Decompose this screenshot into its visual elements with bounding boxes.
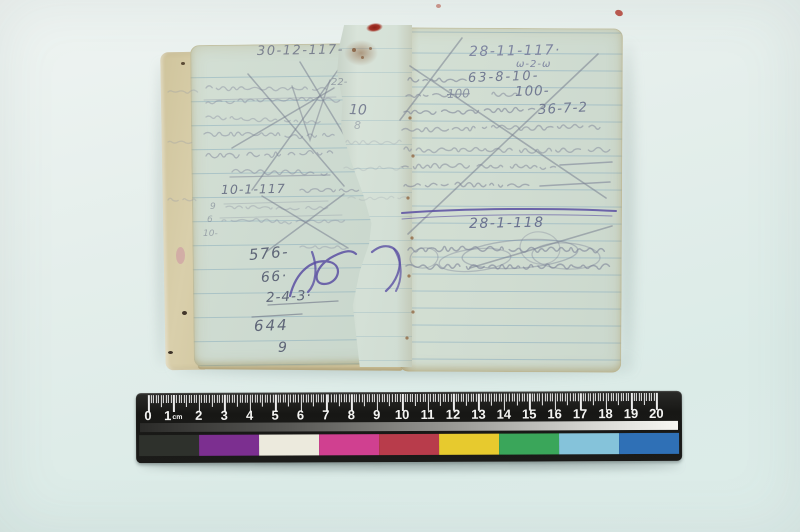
ruler-number-17: 17 — [573, 406, 588, 421]
ruler-number-7: 7 — [322, 407, 329, 422]
patch-yellow — [439, 434, 499, 455]
red-speck-top-center — [436, 4, 441, 8]
ruler-number-16: 16 — [547, 406, 562, 421]
ruler-unit-label: cm — [172, 414, 182, 421]
ruler-number-0: 0 — [144, 408, 151, 423]
ruler-number-14: 14 — [497, 407, 512, 422]
ruler-number-6: 6 — [297, 407, 304, 422]
right-page — [399, 27, 623, 372]
patch-crimson — [379, 434, 439, 455]
ruler-number-1: 1cm — [164, 408, 182, 423]
patch-white — [259, 434, 319, 455]
patch-sky-blue — [559, 433, 619, 454]
patch-magenta — [319, 434, 379, 455]
ruler-number-12: 12 — [446, 407, 461, 422]
ruler-number-8: 8 — [348, 407, 355, 422]
ruler-number-11: 11 — [421, 407, 435, 422]
ruler: 01cm234567891011121314151617181920 — [136, 391, 682, 463]
ruler-number-9: 9 — [373, 407, 380, 422]
patch-purple — [199, 435, 259, 456]
ruler-number-18: 18 — [598, 406, 613, 421]
ruler-number-2: 2 — [195, 408, 202, 423]
ruler-number-15: 15 — [522, 406, 537, 421]
ruler-number-19: 19 — [624, 406, 639, 421]
ruler-number-3: 3 — [221, 408, 228, 423]
photograph-of-notebook-and-ruler: 30-12-117- 22- 10-1-117 576- 66· 2-4-3· … — [0, 0, 800, 532]
ruler-number-5: 5 — [271, 408, 278, 423]
ruler-number-10: 10 — [395, 407, 410, 422]
patch-green — [499, 433, 559, 454]
patch-blue — [619, 433, 679, 454]
red-speck-top-right — [614, 9, 624, 17]
patch-black — [139, 435, 199, 456]
ruler-number-4: 4 — [246, 408, 253, 423]
color-calibration-patches — [139, 433, 679, 456]
ruler-number-20: 20 — [649, 406, 664, 421]
ruler-number-13: 13 — [471, 407, 486, 422]
